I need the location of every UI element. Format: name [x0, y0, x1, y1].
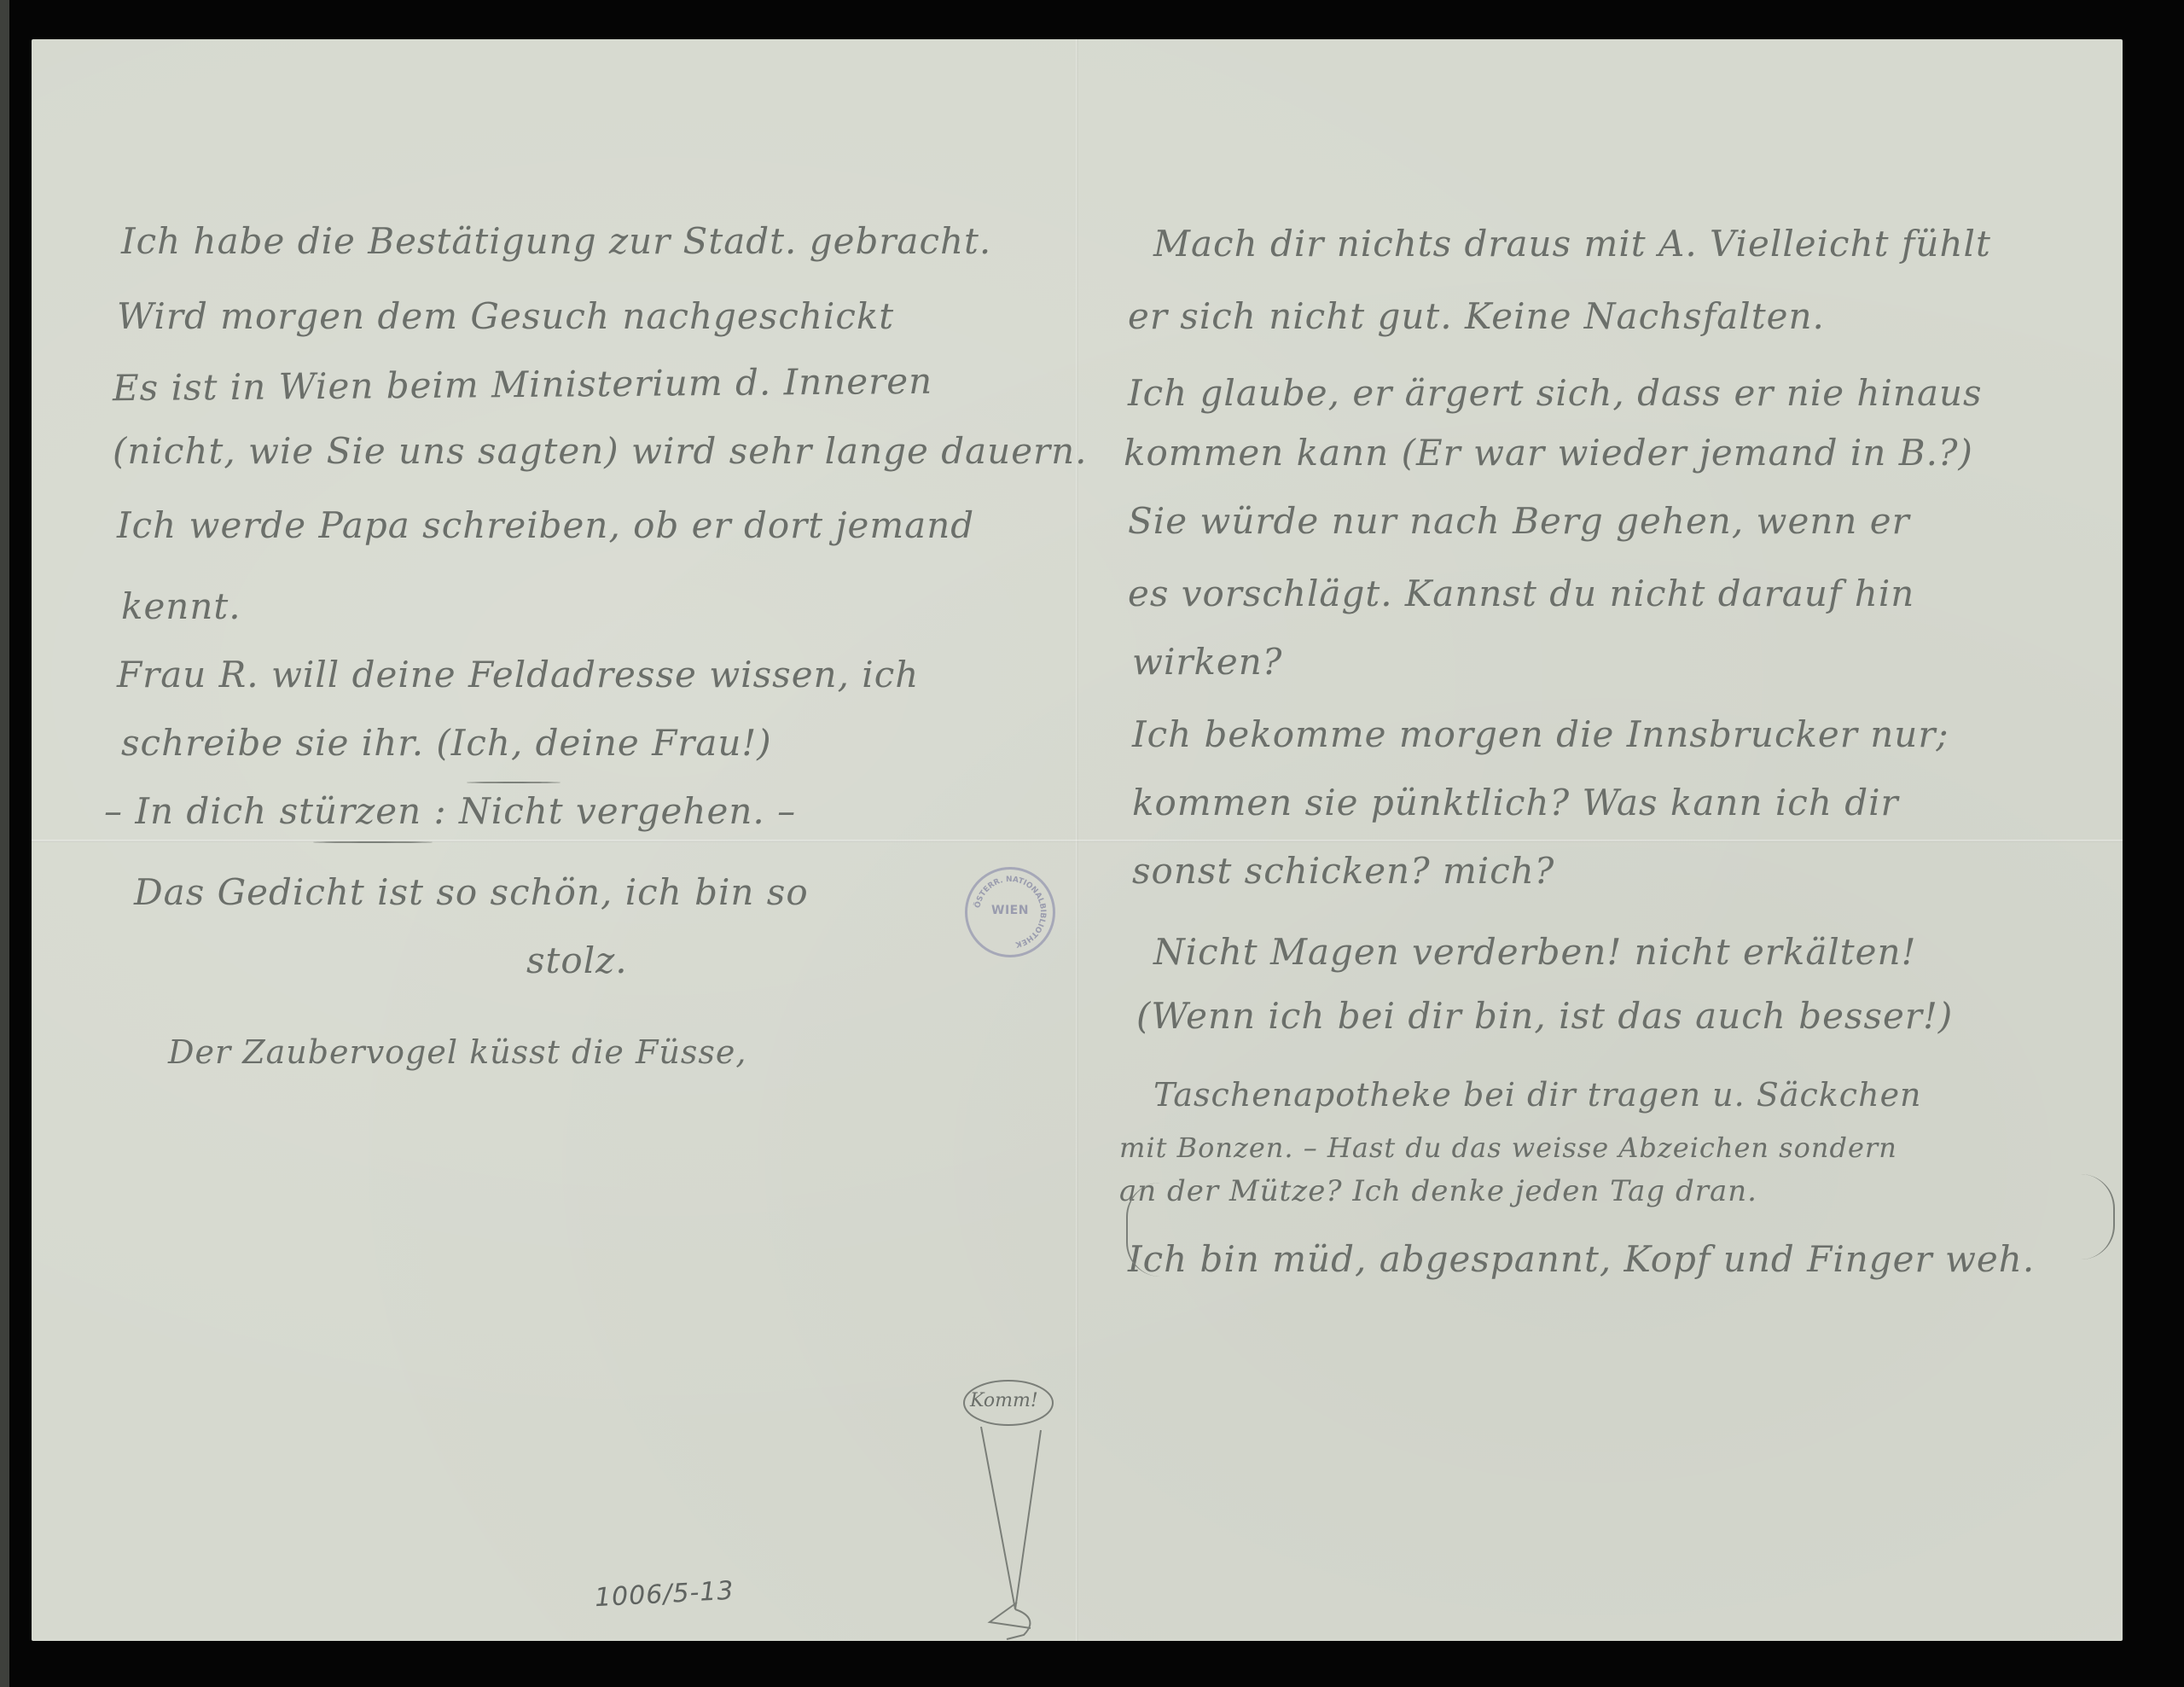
- right-line-3: Ich glaube, er ärgert sich, dass er nie …: [1128, 372, 1983, 414]
- left-line-6: kennt.: [121, 585, 241, 627]
- left-line-9: – In dich stürzen : Nicht vergehen. –: [104, 790, 796, 832]
- stamp-center-text: WIEN: [967, 904, 1053, 917]
- left-line-3: Es ist in Wien beim Ministerium d. Inner…: [113, 360, 933, 409]
- right-line-11: Nicht Magen verderben! nicht erkälten!: [1153, 931, 1916, 973]
- left-line-12: Der Zaubervogel küsst die Füsse,: [168, 1033, 746, 1071]
- archive-shelfmark: 1006/5-13: [594, 1576, 735, 1614]
- right-line-1: Mach dir nichts draus mit A. Vielleicht …: [1153, 223, 1991, 265]
- letter-sheet: Ich habe die Bestätigung zur Stadt. gebr…: [32, 39, 2123, 1641]
- right-line-10: sonst schicken? mich?: [1132, 850, 1554, 892]
- left-line-7: Frau R. will deine Feldadresse wissen, i…: [117, 654, 919, 695]
- library-stamp: ÖSTERR. NATIONALBIBLIOTHEK WIEN: [965, 867, 1055, 957]
- sketch-speech-text: Komm!: [970, 1390, 1038, 1411]
- underline-stroke: [467, 782, 561, 783]
- scanner-edge-strip: [0, 0, 9, 1687]
- right-line-2: er sich nicht gut. Keine Nachsfalten.: [1128, 295, 1825, 337]
- right-line-6: es vorschlägt. Kannst du nicht darauf hi…: [1128, 573, 1914, 614]
- left-line-1: Ich habe die Bestätigung zur Stadt. gebr…: [121, 220, 991, 262]
- right-line-4: kommen kann (Er war wieder jemand in B.?…: [1124, 432, 1973, 474]
- right-line-8: Ich bekomme morgen die Innsbrucker nur;: [1132, 713, 1949, 755]
- right-line-15: an der Mütze? Ich denke jeden Tag dran.: [1119, 1174, 1757, 1208]
- left-line-8: schreibe sie ihr. (Ich, deine Frau!): [121, 722, 772, 764]
- right-line-9: kommen sie pünktlich? Was kann ich dir: [1132, 782, 1899, 823]
- right-line-16: Ich bin müd, abgespannt, Kopf und Finger…: [1128, 1238, 2035, 1280]
- left-line-5: Ich werde Papa schreiben, ob er dort jem…: [117, 504, 974, 546]
- left-line-2: Wird morgen dem Gesuch nachgeschickt: [117, 295, 894, 337]
- underline-stroke: [313, 841, 433, 843]
- left-line-10: Das Gedicht ist so schön, ich bin so: [134, 871, 809, 913]
- leg-sketch-drawing: [955, 1379, 1058, 1652]
- right-line-14: mit Bonzen. – Hast du das weisse Abzeich…: [1119, 1131, 1897, 1164]
- bracket-right: [2079, 1174, 2115, 1259]
- right-line-12: (Wenn ich bei dir bin, ist das auch bess…: [1136, 995, 1953, 1037]
- right-line-5: Sie würde nur nach Berg gehen, wenn er: [1128, 500, 1910, 542]
- right-line-13: Taschenapotheke bei dir tragen u. Säckch…: [1153, 1076, 1922, 1114]
- right-line-7: wirken?: [1132, 641, 1282, 683]
- left-line-11: stolz.: [526, 939, 628, 981]
- left-line-4: (nicht, wie Sie uns sagten) wird sehr la…: [113, 430, 1088, 472]
